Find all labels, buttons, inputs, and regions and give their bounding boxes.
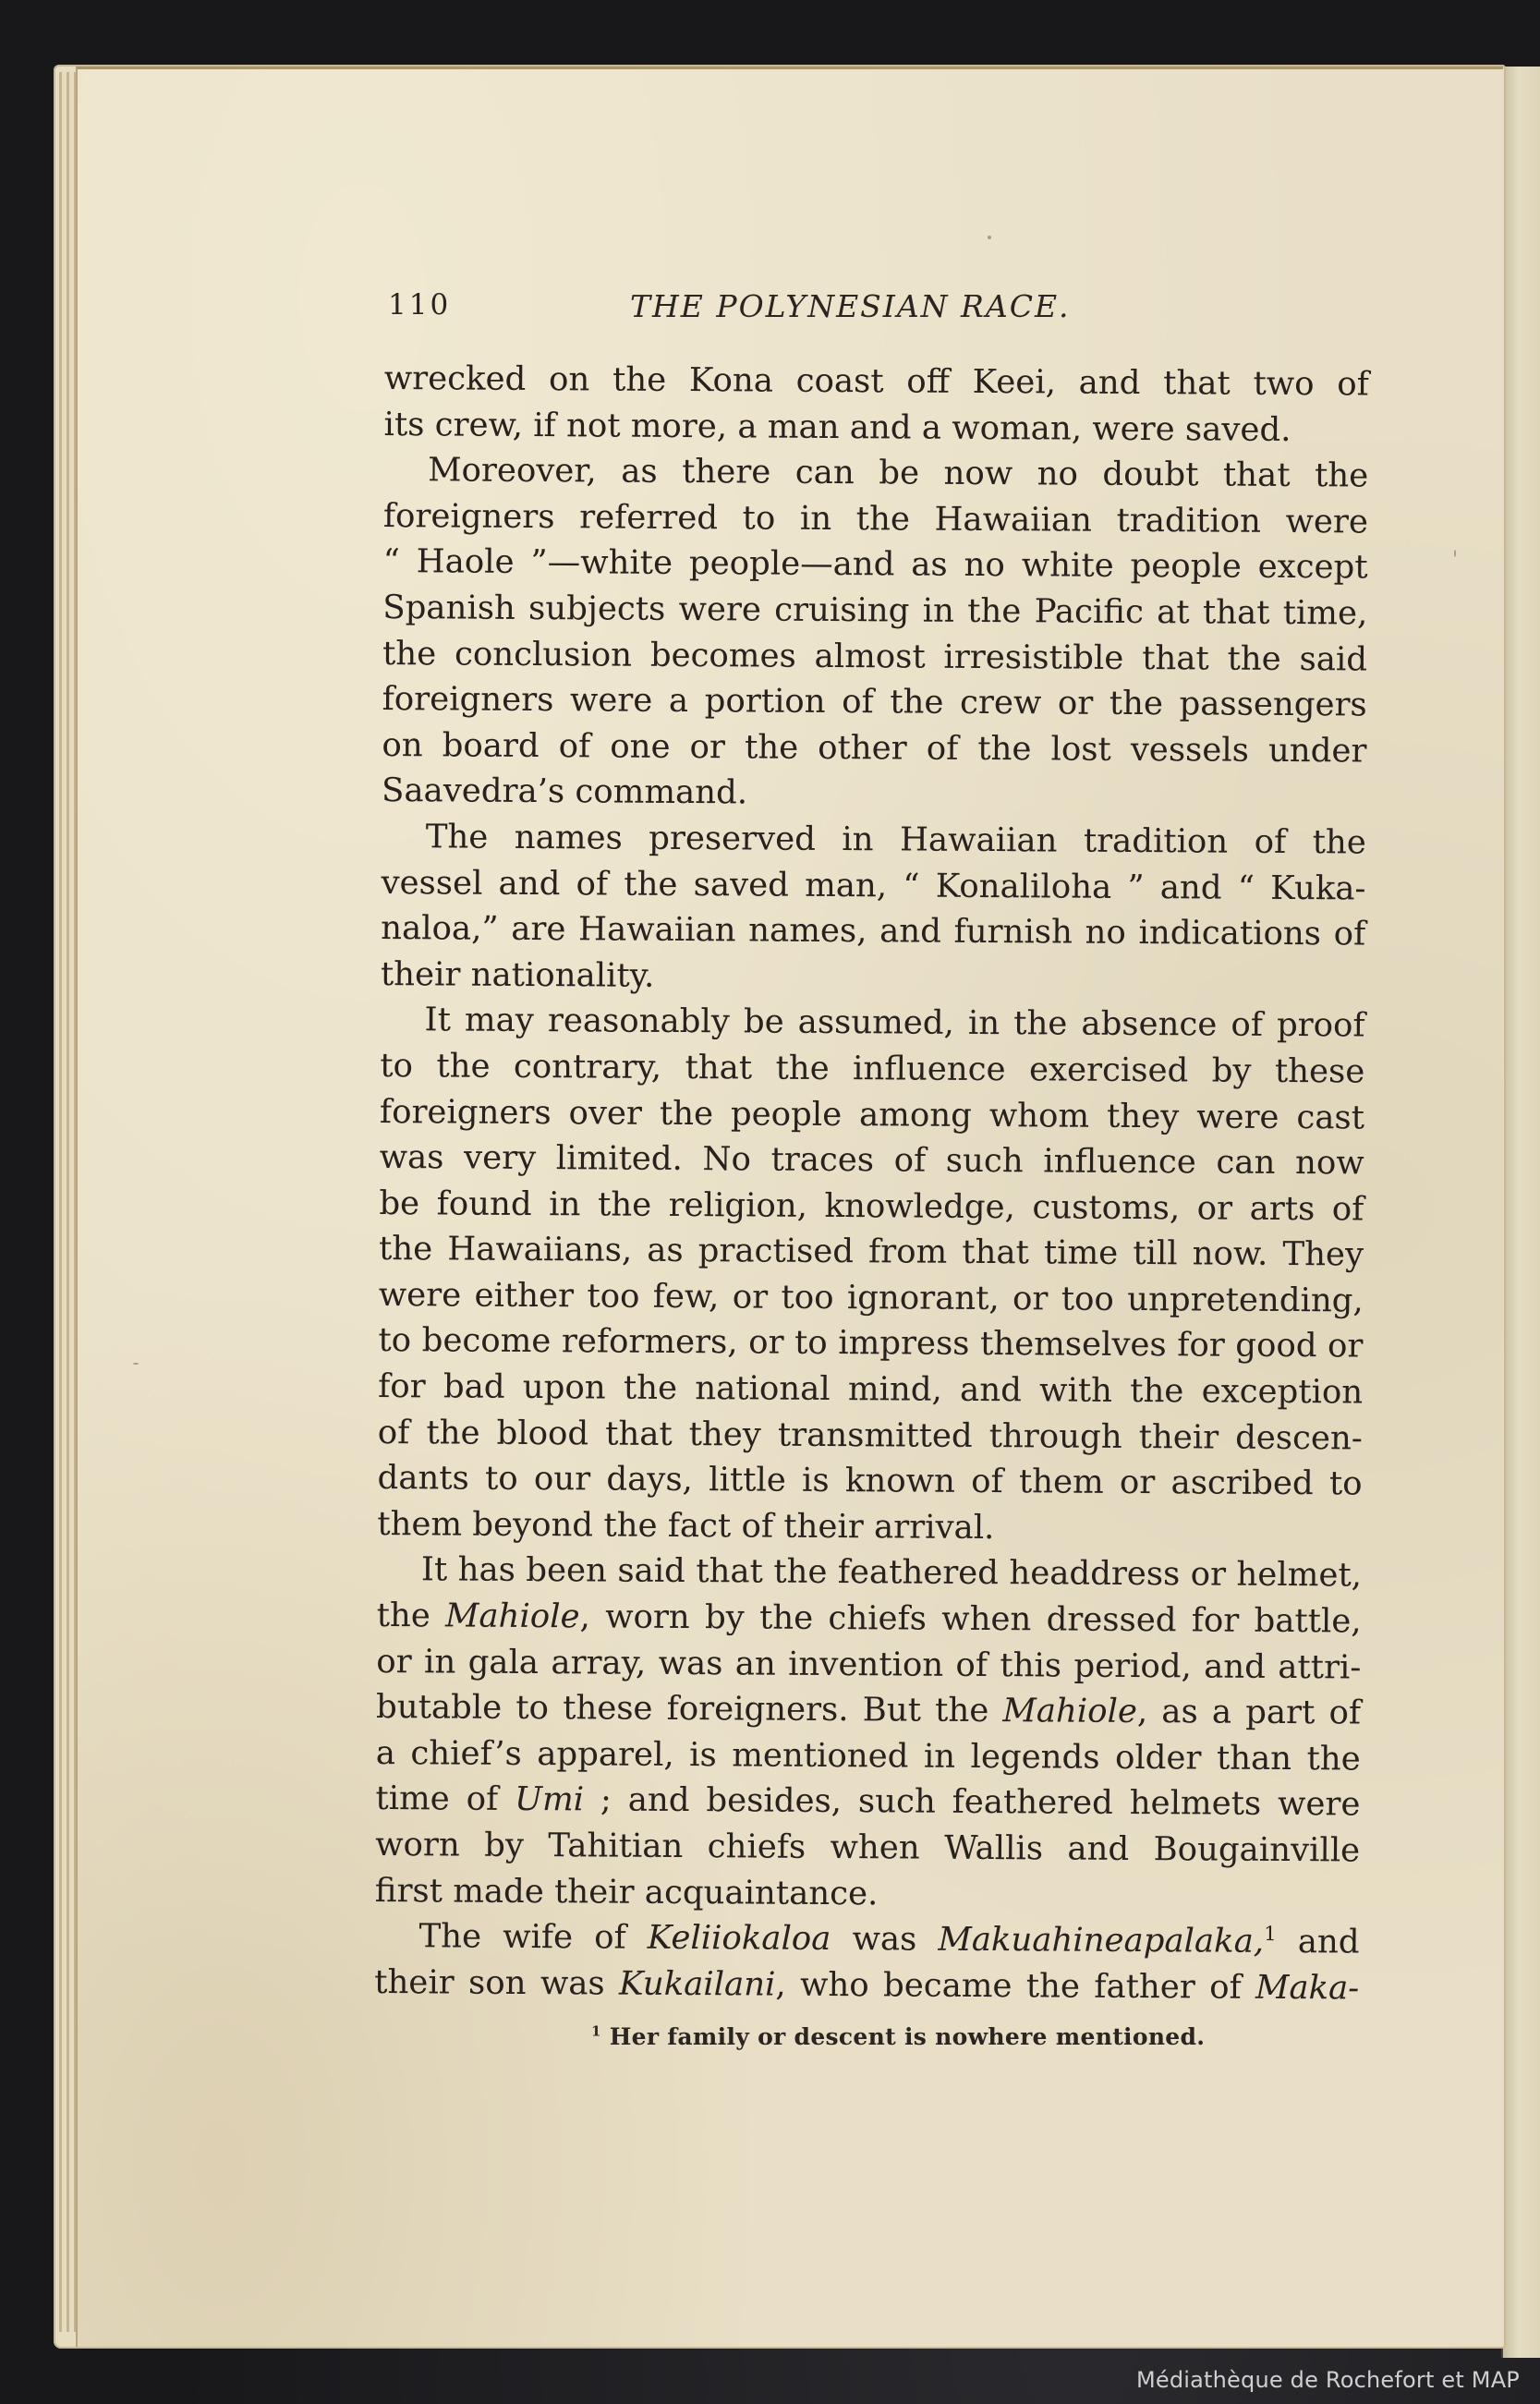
text-run: the Hawaiians, as practised from that ti… [379,1230,1364,1274]
text-line: worn by Tahitian chiefs when Wallis and … [375,1822,1360,1874]
italic-name: Mahiole [445,1597,580,1635]
text-line: The names preserved in Hawaiian traditio… [382,814,1366,866]
text-run: foreigners referred to in the Hawaiian t… [383,497,1368,541]
text-run: its crew, if not more, a man and a woman… [383,406,1291,449]
watermark: Médiathèque de Rochefort et MAP [1136,2367,1520,2393]
text-run: of the blood that they transmitted throu… [378,1414,1363,1458]
text-run: Spanish subjects were cruising in the Pa… [382,589,1367,633]
paper-speck [133,1363,139,1365]
text-line: their nationality. [381,952,1365,1003]
paper-speck [988,236,991,239]
italic-name: Keliiokaloa [648,1919,831,1958]
text-line: The wife of Keliiokaloa was Makuahineapa… [374,1913,1359,1965]
adjacent-page-edge [1501,67,1540,2358]
text-run: first made their acquaintance. [375,1872,879,1912]
text-run: on board of one or the other of the lost… [382,726,1366,771]
text-line: be found in the religion, knowledge, cus… [379,1181,1364,1232]
page-leaf-edge [67,72,69,2332]
text-line: first made their acquaintance. [375,1868,1360,1920]
text-line: were either too few, or too ignorant, or… [379,1272,1364,1324]
italic-name: Makuahineapalaka, [938,1921,1264,1961]
text-run: vessel and of the saved man, “ Konaliloh… [381,864,1365,908]
page-number: 110 [388,288,451,322]
text-line: its crew, if not more, a man and a woman… [383,402,1368,454]
text-line: foreigners referred to in the Hawaiian t… [383,493,1368,545]
running-head: 110 THE POLYNESIAN RACE. [388,288,1358,334]
text-run: or in gala array, was an invention of th… [376,1643,1361,1687]
text-line: the Mahiole, worn by the chiefs when dre… [377,1593,1362,1645]
text-line: dants to our days, little is known of th… [377,1455,1362,1507]
text-line: butable to these foreigners. But the Mah… [376,1684,1361,1736]
page-leaf-edge [59,72,62,2332]
text-line: their son was Kukailani, who became the … [374,1960,1359,2011]
text-line: to the contrary, that the influence exer… [380,1043,1364,1095]
text-run: time of [375,1779,515,1818]
text-line: was very limited. No traces of such infl… [380,1135,1364,1186]
text-line: Saavedra’s command. [382,768,1366,820]
text-line: them beyond the fact of their arrival. [377,1501,1362,1553]
text-line: time of Umi ; and besides, such feathere… [375,1776,1360,1827]
text-run: , worn by the chiefs when dressed for ba… [579,1597,1361,1640]
body-text: wrecked on the Kona coast off Keei, and … [374,356,1369,2011]
text-line: wrecked on the Kona coast off Keei, and … [384,356,1369,407]
text-run: The names preserved in Hawaiian traditio… [426,818,1366,861]
text-run: ; and besides, such feathered helmets we… [584,1781,1361,1824]
text-run: be found in the religion, knowledge, cus… [379,1184,1364,1229]
footnote-marker: 1 [591,2023,601,2040]
text-run: their son was [374,1963,619,2003]
text-run: them beyond the fact of their arrival. [377,1505,994,1547]
text-line: It may reasonably be assumed, in the abs… [380,997,1364,1049]
footnote: 1 Her family or descent is nowhere menti… [591,2023,1205,2050]
text-run: foreigners over the people among whom th… [380,1092,1364,1136]
text-run: to the contrary, that the influence exer… [380,1047,1364,1091]
text-run: butable to these foreigners. But the [376,1688,1003,1730]
text-line: vessel and of the saved man, “ Konaliloh… [381,860,1365,912]
text-run: It has been said that the feathered head… [421,1551,1362,1595]
text-run: Saavedra’s command. [382,771,747,811]
text-line: a chief’s apparel, is mentioned in legen… [376,1730,1361,1782]
footnote-text: Her family or descent is nowhere mention… [601,2023,1206,2050]
italic-name: Mahiole [1002,1692,1137,1730]
paper-speck [1454,550,1456,557]
italic-name: Maka- [1255,1969,1359,2008]
text-line: for bad upon the national mind, and with… [378,1364,1363,1415]
text-line: “ Haole ”—white people—and as no white p… [382,539,1367,590]
text-line: of the blood that they transmitted throu… [378,1410,1363,1462]
italic-name: Umi [515,1780,584,1818]
text-run: naloa,” are Hawaiian names, and furnish … [381,909,1365,953]
text-run: was [831,1920,938,1959]
text-run: a chief’s apparel, is mentioned in legen… [376,1734,1361,1779]
text-run: , who became the father of [775,1965,1255,2006]
text-line: the conclusion becomes almost irresistib… [382,631,1367,683]
text-run: It may reasonably be assumed, in the abs… [424,1002,1364,1045]
text-run: were either too few, or too ignorant, or… [379,1276,1364,1320]
text-line: naloa,” are Hawaiian names, and furnish … [381,905,1365,957]
text-run: and [1277,1923,1360,1961]
text-line: foreigners over the people among whom th… [380,1088,1364,1140]
text-line: the Hawaiians, as practised from that ti… [379,1226,1364,1278]
text-run: was very limited. No traces of such infl… [380,1138,1364,1183]
text-line: Spanish subjects were cruising in the Pa… [382,585,1367,637]
footnote-reference: 1 [1264,1923,1277,1946]
text-run: their nationality. [381,955,655,995]
text-run: for bad upon the national mind, and with… [378,1367,1363,1412]
text-line: It has been said that the feathered head… [377,1547,1362,1598]
text-run: The wife of [418,1917,648,1957]
text-run: the conclusion becomes almost irresistib… [382,635,1367,679]
text-line: or in gala array, was an invention of th… [376,1639,1361,1691]
text-run: dants to our days, little is known of th… [377,1459,1362,1503]
text-run: worn by Tahitian chiefs when Wallis and … [375,1826,1360,1870]
text-run: wrecked on the Kona coast off Keei, and … [384,359,1369,404]
italic-name: Kukailani [619,1964,776,2003]
text-line: to become reformers, or to impress thems… [378,1317,1363,1369]
text-run: “ Haole ”—white people—and as no white p… [383,542,1368,587]
text-line: foreigners were a portion of the crew or… [382,676,1367,728]
text-run: the [377,1597,446,1634]
text-run: Moreover, as there can be now no doubt t… [428,451,1368,494]
running-title: THE POLYNESIAN RACE. [630,288,1071,324]
text-line: Moreover, as there can be now no doubt t… [383,447,1368,499]
text-line: on board of one or the other of the lost… [382,722,1366,774]
text-run: foreigners were a portion of the crew or… [382,680,1367,724]
text-run: to become reformers, or to impress thems… [378,1321,1363,1366]
text-run: , as a part of [1137,1693,1361,1731]
